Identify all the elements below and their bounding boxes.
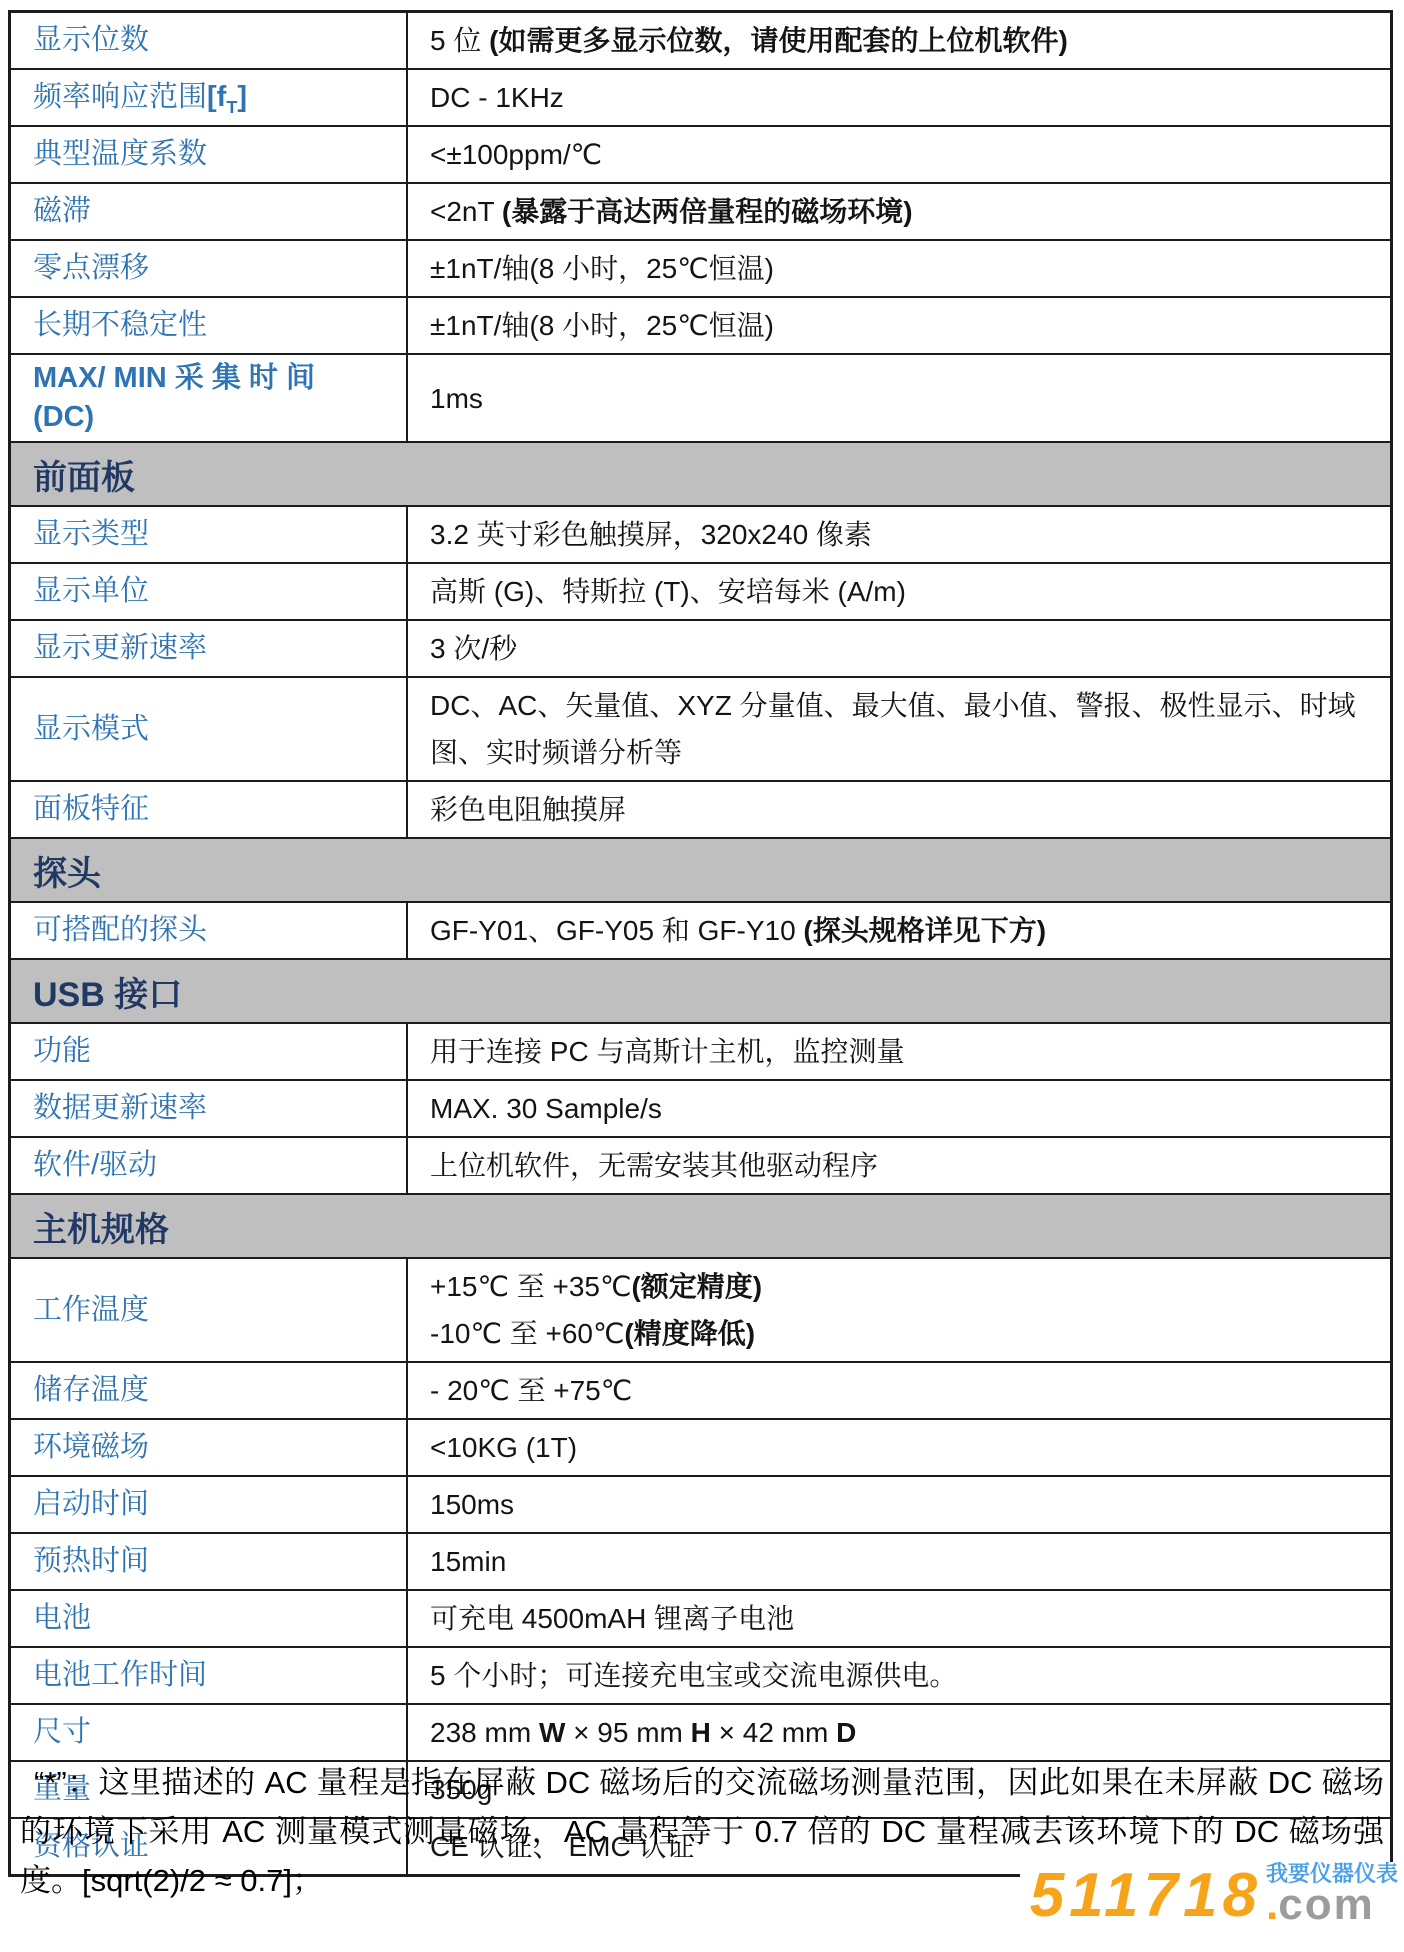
spec-label-cell: 储存温度 [11, 1363, 408, 1418]
text-segment: (额定精度) [631, 1271, 762, 1302]
text-segment: GF-Y01、GF-Y05 和 GF-Y10 [430, 915, 803, 946]
spec-value-cell: 高斯 (G)、特斯拉 (T)、安培每米 (A/m) [408, 564, 1390, 619]
spec-value-cell: ±1nT/轴(8 小时，25℃恒温) [408, 298, 1390, 353]
logo-number: 511718 [1030, 1869, 1262, 1924]
label-line: 工作温度 [33, 1291, 394, 1330]
text-segment: 长期不稳定性 [33, 309, 207, 341]
spec-value-cell: 3.2 英寸彩色触摸屏，320x240 像素 [408, 507, 1390, 562]
text-segment: <±100ppm/℃ [430, 139, 602, 170]
label-line: 显示类型 [33, 515, 394, 554]
text-segment: 尺寸 [33, 1716, 91, 1748]
spec-value-cell: 15min [408, 1534, 1390, 1589]
text-segment: MAX. 30 Sample/s [430, 1093, 662, 1124]
value-line: 3.2 英寸彩色触摸屏，320x240 像素 [430, 511, 1374, 558]
text-segment: 软件/驱动 [33, 1149, 157, 1181]
spec-row: 面板特征彩色电阻触摸屏 [11, 780, 1390, 837]
label-line: 显示单位 [33, 572, 394, 611]
spec-value-cell: 上位机软件，无需安装其他驱动程序 [408, 1138, 1390, 1193]
spec-label-cell: 数据更新速率 [11, 1081, 408, 1136]
label-line: 零点漂移 [33, 249, 394, 288]
logo-domain-text: com [1278, 1886, 1374, 1923]
text-segment: 显示单位 [33, 575, 149, 607]
spec-row: 显示位数5 位 (如需更多显示位数，请使用配套的上位机软件) [11, 13, 1390, 68]
label-line: 长期不稳定性 [33, 306, 394, 345]
text-segment: 可充电 4500mAH 锂离子电池 [430, 1603, 794, 1634]
spec-label-cell: MAX/ MIN 采 集 时 间(DC) [11, 355, 408, 441]
value-line: <2nT (暴露于高达两倍量程的磁场环境) [430, 188, 1374, 235]
site-logo: 511718 我要仪器仪表 . com [1020, 1862, 1398, 1924]
text-segment: -10℃ 至 +60℃ [430, 1318, 624, 1349]
spec-row: 功能用于连接 PC 与高斯计主机，监控测量 [11, 1022, 1390, 1079]
spec-label-cell: 磁滞 [11, 184, 408, 239]
value-line: -10℃ 至 +60℃(精度降低) [430, 1310, 1374, 1357]
text-segment: (探头规格详见下方) [803, 915, 1046, 946]
value-line: 238 mm W × 95 mm H × 42 mm D [430, 1709, 1374, 1756]
text-segment: - 20℃ 至 +75℃ [430, 1375, 632, 1406]
text-segment: 探头 [33, 846, 101, 895]
text-segment: +15℃ 至 +35℃ [430, 1271, 631, 1302]
section-title: 探头 [11, 839, 1390, 901]
spec-value-cell: 5 个小时；可连接充电宝或交流电源供电。 [408, 1648, 1390, 1703]
value-line: 可充电 4500mAH 锂离子电池 [430, 1595, 1374, 1642]
spec-row: 可搭配的探头GF-Y01、GF-Y05 和 GF-Y10 (探头规格详见下方) [11, 901, 1390, 958]
spec-row: 零点漂移±1nT/轴(8 小时，25℃恒温) [11, 239, 1390, 296]
spec-value-cell: 用于连接 PC 与高斯计主机，监控测量 [408, 1024, 1390, 1079]
label-line: 数据更新速率 [33, 1089, 394, 1128]
spec-label-cell: 尺寸 [11, 1705, 408, 1760]
text-segment: 15min [430, 1546, 506, 1577]
label-line: 启动时间 [33, 1485, 394, 1524]
text-segment: 零点漂移 [33, 252, 149, 284]
section-header-row: 探头 [11, 837, 1390, 901]
spec-value-cell: 5 位 (如需更多显示位数，请使用配套的上位机软件) [408, 13, 1390, 68]
value-line: +15℃ 至 +35℃(额定精度) [430, 1263, 1374, 1310]
spec-value-cell: GF-Y01、GF-Y05 和 GF-Y10 (探头规格详见下方) [408, 903, 1390, 958]
label-line: (DC) [33, 398, 394, 437]
text-segment: USB 接口 [33, 967, 182, 1016]
text-segment: 环境磁场 [33, 1431, 149, 1463]
value-line: MAX. 30 Sample/s [430, 1085, 1374, 1132]
spec-row: 电池可充电 4500mAH 锂离子电池 [11, 1589, 1390, 1646]
value-line: 用于连接 PC 与高斯计主机，监控测量 [430, 1028, 1374, 1075]
text-segment: 显示类型 [33, 518, 149, 550]
text-segment: 高斯 (G)、特斯拉 (T)、安培每米 (A/m) [430, 576, 906, 607]
value-line: <10KG (1T) [430, 1424, 1374, 1471]
label-line: 可搭配的探头 [33, 911, 394, 950]
text-segment: W [539, 1717, 565, 1748]
label-line: 面板特征 [33, 790, 394, 829]
spec-label-cell: 工作温度 [11, 1259, 408, 1361]
spec-label-cell: 预热时间 [11, 1534, 408, 1589]
spec-row: 储存温度- 20℃ 至 +75℃ [11, 1361, 1390, 1418]
spec-label-cell: 可搭配的探头 [11, 903, 408, 958]
spec-row: 数据更新速率MAX. 30 Sample/s [11, 1079, 1390, 1136]
spec-value-cell: DC、AC、矢量值、XYZ 分量值、最大值、最小值、警报、极性显示、时域图、实时… [408, 678, 1390, 780]
text-segment: (精度降低) [624, 1318, 755, 1349]
text-segment: × 42 mm [711, 1717, 836, 1748]
spec-value-cell: 可充电 4500mAH 锂离子电池 [408, 1591, 1390, 1646]
spec-value-cell: <±100ppm/℃ [408, 127, 1390, 182]
spec-row: MAX/ MIN 采 集 时 间(DC)1ms [11, 353, 1390, 441]
spec-row: 典型温度系数<±100ppm/℃ [11, 125, 1390, 182]
text-segment: 150ms [430, 1489, 514, 1520]
value-line: ±1nT/轴(8 小时，25℃恒温) [430, 302, 1374, 349]
label-line: 显示更新速率 [33, 629, 394, 668]
logo-dot: . [1266, 1886, 1278, 1923]
text-segment: 频率响应范围 [33, 81, 207, 113]
text-segment: 3.2 英寸彩色触摸屏，320x240 像素 [430, 519, 872, 550]
spec-value-cell: 238 mm W × 95 mm H × 42 mm D [408, 1705, 1390, 1760]
label-line: 频率响应范围[fT] [33, 78, 394, 117]
text-segment: DC - 1KHz [430, 82, 564, 113]
logo-right-block: 我要仪器仪表 . com [1266, 1862, 1398, 1924]
spec-row: 环境磁场<10KG (1T) [11, 1418, 1390, 1475]
spec-value-cell: 1ms [408, 355, 1390, 441]
spec-table: 显示位数5 位 (如需更多显示位数，请使用配套的上位机软件)频率响应范围[fT]… [8, 10, 1393, 1877]
spec-value-cell: <10KG (1T) [408, 1420, 1390, 1475]
value-line: 5 位 (如需更多显示位数，请使用配套的上位机软件) [430, 17, 1374, 64]
spec-value-cell: DC - 1KHz [408, 70, 1390, 125]
section-title: USB 接口 [11, 960, 1390, 1022]
section-title: 主机规格 [11, 1195, 1390, 1257]
text-segment: [f [207, 81, 226, 113]
spec-row: 预热时间15min [11, 1532, 1390, 1589]
spec-row: 显示类型3.2 英寸彩色触摸屏，320x240 像素 [11, 505, 1390, 562]
text-segment: 显示更新速率 [33, 632, 207, 664]
spec-value-cell: ±1nT/轴(8 小时，25℃恒温) [408, 241, 1390, 296]
text-segment: 预热时间 [33, 1545, 149, 1577]
label-line: 显示位数 [33, 21, 394, 60]
spec-label-cell: 显示更新速率 [11, 621, 408, 676]
label-line: 功能 [33, 1032, 394, 1071]
text-segment: 彩色电阻触摸屏 [430, 794, 626, 825]
text-segment: 可搭配的探头 [33, 914, 207, 946]
text-segment: 启动时间 [33, 1488, 149, 1520]
spec-label-cell: 显示类型 [11, 507, 408, 562]
value-line: 15min [430, 1538, 1374, 1585]
spec-row: 磁滞<2nT (暴露于高达两倍量程的磁场环境) [11, 182, 1390, 239]
text-segment: 5 位 [430, 25, 489, 56]
text-segment: 3 次/秒 [430, 633, 517, 664]
spec-label-cell: 软件/驱动 [11, 1138, 408, 1193]
spec-label-cell: 电池工作时间 [11, 1648, 408, 1703]
value-line: GF-Y01、GF-Y05 和 GF-Y10 (探头规格详见下方) [430, 907, 1374, 954]
section-header-row: 主机规格 [11, 1193, 1390, 1257]
spec-label-cell: 面板特征 [11, 782, 408, 837]
section-header-row: 前面板 [11, 441, 1390, 505]
label-line: 典型温度系数 [33, 135, 394, 174]
text-segment: 功能 [33, 1035, 91, 1067]
spec-label-cell: 零点漂移 [11, 241, 408, 296]
spec-row: 工作温度+15℃ 至 +35℃(额定精度)-10℃ 至 +60℃(精度降低) [11, 1257, 1390, 1361]
spec-value-cell: - 20℃ 至 +75℃ [408, 1363, 1390, 1418]
label-line: 电池 [33, 1599, 394, 1638]
label-line: 环境磁场 [33, 1428, 394, 1467]
value-line: <±100ppm/℃ [430, 131, 1374, 178]
text-segment: 1ms [430, 383, 483, 414]
label-line: 电池工作时间 [33, 1656, 394, 1695]
spec-value-cell: 3 次/秒 [408, 621, 1390, 676]
text-segment: ±1nT/轴(8 小时，25℃恒温) [430, 310, 774, 341]
spec-value-cell: +15℃ 至 +35℃(额定精度)-10℃ 至 +60℃(精度降低) [408, 1259, 1390, 1361]
spec-row: 显示模式DC、AC、矢量值、XYZ 分量值、最大值、最小值、警报、极性显示、时域… [11, 676, 1390, 780]
spec-value-cell: 彩色电阻触摸屏 [408, 782, 1390, 837]
label-line: 尺寸 [33, 1713, 394, 1752]
spec-label-cell: 显示单位 [11, 564, 408, 619]
spec-value-cell: 150ms [408, 1477, 1390, 1532]
logo-domain: . com [1266, 1886, 1375, 1923]
text-segment: 磁滞 [33, 195, 91, 227]
value-line: 高斯 (G)、特斯拉 (T)、安培每米 (A/m) [430, 568, 1374, 615]
label-line: 储存温度 [33, 1371, 394, 1410]
text-segment: 典型温度系数 [33, 138, 207, 170]
text-segment: 显示位数 [33, 24, 149, 56]
text-segment: 储存温度 [33, 1374, 149, 1406]
spec-row: 电池工作时间5 个小时；可连接充电宝或交流电源供电。 [11, 1646, 1390, 1703]
spec-label-cell: 启动时间 [11, 1477, 408, 1532]
spec-value-cell: <2nT (暴露于高达两倍量程的磁场环境) [408, 184, 1390, 239]
text-segment: (暴露于高达两倍量程的磁场环境) [502, 196, 913, 227]
spec-row: 长期不稳定性±1nT/轴(8 小时，25℃恒温) [11, 296, 1390, 353]
spec-document-page: 显示位数5 位 (如需更多显示位数，请使用配套的上位机软件)频率响应范围[fT]… [0, 0, 1404, 1952]
value-line: ±1nT/轴(8 小时，25℃恒温) [430, 245, 1374, 292]
text-segment: 上位机软件，无需安装其他驱动程序 [430, 1150, 878, 1181]
spec-row: 频率响应范围[fT]DC - 1KHz [11, 68, 1390, 125]
value-line: 1ms [430, 375, 1374, 422]
spec-label-cell: 频率响应范围[fT] [11, 70, 408, 125]
spec-label-cell: 显示模式 [11, 678, 408, 780]
text-segment: 显示模式 [33, 713, 149, 745]
spec-row: 软件/驱动上位机软件，无需安装其他驱动程序 [11, 1136, 1390, 1193]
spec-label-cell: 功能 [11, 1024, 408, 1079]
label-line: 显示模式 [33, 710, 394, 749]
spec-label-cell: 电池 [11, 1591, 408, 1646]
spec-row: 显示单位高斯 (G)、特斯拉 (T)、安培每米 (A/m) [11, 562, 1390, 619]
text-segment: (DC) [33, 401, 94, 433]
label-line: 磁滞 [33, 192, 394, 231]
text-segment: 数据更新速率 [33, 1092, 207, 1124]
value-line: 上位机软件，无需安装其他驱动程序 [430, 1142, 1374, 1189]
value-line: 彩色电阻触摸屏 [430, 786, 1374, 833]
spec-label-cell: 环境磁场 [11, 1420, 408, 1475]
text-segment: 主机规格 [33, 1202, 169, 1251]
subscript-segment: T [226, 97, 237, 117]
text-segment: 前面板 [33, 450, 135, 499]
value-line: 5 个小时；可连接充电宝或交流电源供电。 [430, 1652, 1374, 1699]
spec-label-cell: 显示位数 [11, 13, 408, 68]
value-line: - 20℃ 至 +75℃ [430, 1367, 1374, 1414]
text-segment: <10KG (1T) [430, 1432, 577, 1463]
text-segment: DC、AC、矢量值、XYZ 分量值、最大值、最小值、警报、极性显示、时域图、实时… [430, 690, 1356, 768]
text-segment: 用于连接 PC 与高斯计主机，监控测量 [430, 1036, 904, 1067]
text-segment: 238 mm [430, 1717, 539, 1748]
text-segment: 5 个小时；可连接充电宝或交流电源供电。 [430, 1660, 957, 1691]
spec-label-cell: 典型温度系数 [11, 127, 408, 182]
text-segment: ] [237, 81, 247, 113]
value-line: DC - 1KHz [430, 74, 1374, 121]
text-segment: 面板特征 [33, 793, 149, 825]
section-header-row: USB 接口 [11, 958, 1390, 1022]
spec-label-cell: 长期不稳定性 [11, 298, 408, 353]
text-segment: D [836, 1717, 856, 1748]
value-line: 3 次/秒 [430, 625, 1374, 672]
value-line: 150ms [430, 1481, 1374, 1528]
text-segment: MAX/ MIN 采 集 时 间 [33, 362, 315, 394]
spec-row: 启动时间150ms [11, 1475, 1390, 1532]
text-segment: <2nT [430, 196, 502, 227]
text-segment: H [691, 1717, 711, 1748]
text-segment: ±1nT/轴(8 小时，25℃恒温) [430, 253, 774, 284]
label-line: MAX/ MIN 采 集 时 间 [33, 359, 394, 398]
text-segment: 工作温度 [33, 1294, 149, 1326]
label-line: 软件/驱动 [33, 1146, 394, 1185]
section-title: 前面板 [11, 443, 1390, 505]
text-segment: 电池工作时间 [33, 1659, 207, 1691]
spec-value-cell: MAX. 30 Sample/s [408, 1081, 1390, 1136]
text-segment: (如需更多显示位数，请使用配套的上位机软件) [489, 25, 1068, 56]
label-line: 预热时间 [33, 1542, 394, 1581]
value-line: DC、AC、矢量值、XYZ 分量值、最大值、最小值、警报、极性显示、时域图、实时… [430, 682, 1374, 776]
text-segment: 电池 [33, 1602, 91, 1634]
spec-row: 显示更新速率3 次/秒 [11, 619, 1390, 676]
text-segment: × 95 mm [565, 1717, 690, 1748]
spec-row: 尺寸238 mm W × 95 mm H × 42 mm D [11, 1703, 1390, 1760]
